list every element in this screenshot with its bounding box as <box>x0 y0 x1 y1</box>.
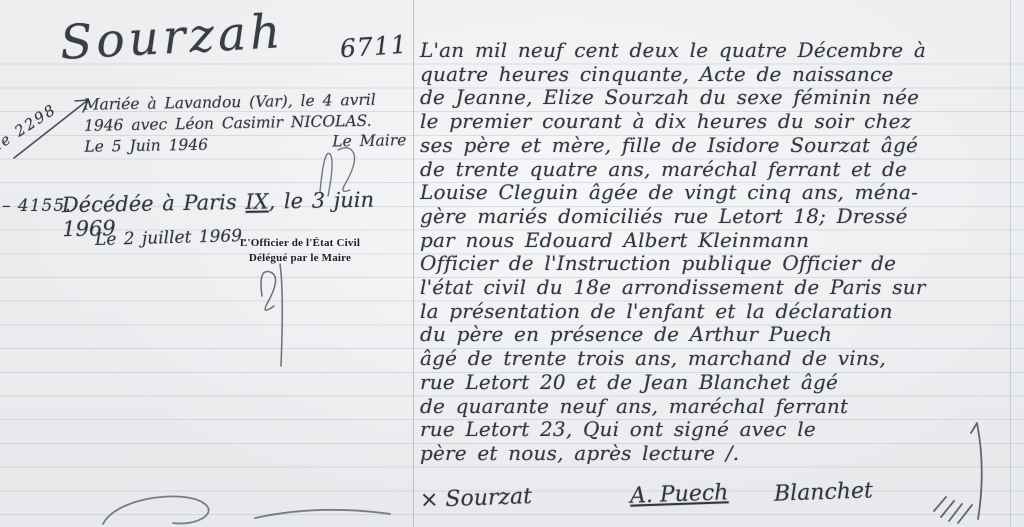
act-line: âgé de trente trois ans, marchand de vin… <box>420 347 1018 371</box>
act-line: l'état civil du 18e arrondissement de Pa… <box>420 276 1018 300</box>
death-line1-prefix: Décédée à Paris <box>62 190 246 217</box>
act-line: gère mariés domiciliés rue Letort 18; Dr… <box>420 205 1018 229</box>
signature-witness-blanchet: Blanchet <box>774 478 874 506</box>
act-line: quatre heures cinquante, Acte de naissan… <box>420 63 1018 87</box>
act-line: de trente quatre ans, maréchal ferrant e… <box>420 158 1018 182</box>
act-body-text: L'an mil neuf cent deux le quatre Décemb… <box>420 39 1018 466</box>
margin-divider-rule <box>413 0 414 527</box>
signature-declarant: × Sourzat <box>420 484 533 513</box>
margin-surname-header: Sourzah <box>59 4 286 71</box>
act-line: de Jeanne, Elize Sourzah du sexe féminin… <box>420 86 1018 110</box>
act-line: du père en présence de Arthur Puech <box>420 323 1018 347</box>
scanned-civil-register-page: Sourzah 6711 le 2298 Mariée à Lavandou (… <box>0 0 1024 527</box>
act-line: rue Letort 20 et de Jean Blanchet âgé <box>420 371 1018 395</box>
act-line: L'an mil neuf cent deux le quatre Décemb… <box>420 39 1018 63</box>
signature-witness-puech: A. Puech <box>630 480 729 508</box>
act-line: ses père et mère, fille de Isidore Sourz… <box>420 134 1018 158</box>
clerk-paraph-marks <box>928 415 998 527</box>
act-line: la présentation de l'enfant et la déclar… <box>420 300 1018 324</box>
act-line: Officier de l'Instruction publique Offic… <box>420 252 1018 276</box>
officer-signature-scrawl <box>248 262 308 372</box>
stamp-line1: L'Officier de l'État Civil <box>212 236 388 251</box>
act-line: par nous Edouard Albert Kleinmann <box>420 229 1018 253</box>
death-place-underlined: IX <box>245 190 269 214</box>
act-number: 6711 <box>339 30 408 64</box>
act-line: Louise Cleguin âgée de vingt cinq ans, m… <box>420 181 1018 205</box>
next-entry-flourish <box>95 492 395 527</box>
act-line: le premier courant à dix heures du soir … <box>420 110 1018 134</box>
